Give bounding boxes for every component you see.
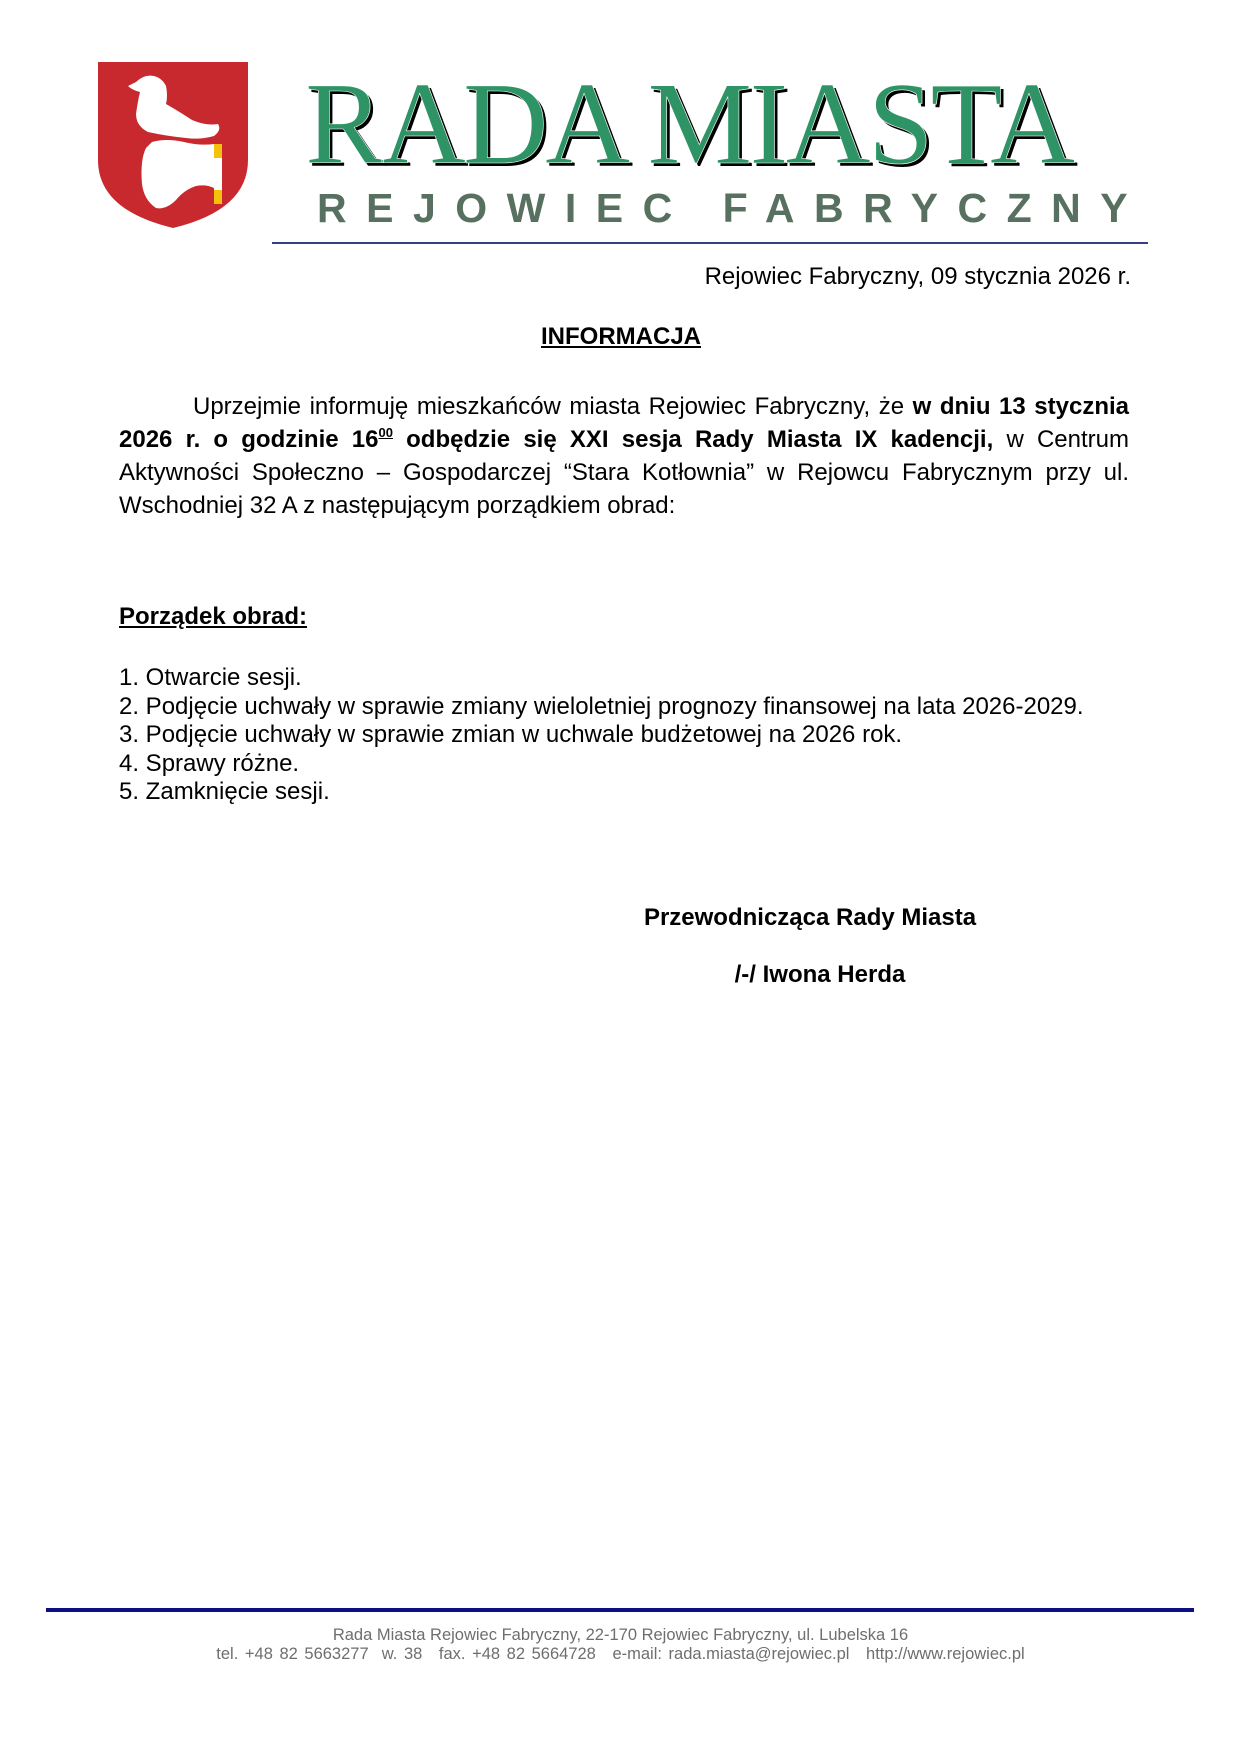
footer-divider bbox=[46, 1608, 1194, 1612]
paragraph-intro: Uprzejmie informuję mieszkańców miasta R… bbox=[193, 393, 913, 420]
footer-fax: fax. +48 82 5664728 bbox=[439, 1645, 596, 1663]
coat-of-arms-dove-icon bbox=[96, 60, 250, 230]
agenda-item: 4. Sprawy różne. bbox=[119, 750, 1084, 779]
signature-name: /-/ Iwona Herda bbox=[650, 960, 990, 990]
footer-email[interactable]: e-mail: rada.miasta@rejowiec.pl bbox=[612, 1645, 849, 1663]
header-divider bbox=[272, 242, 1148, 244]
town-subtitle: REJOWIEC FABRYCZNY bbox=[317, 185, 1147, 231]
footer-phone: tel. +48 82 5663277 w. 38 bbox=[216, 1645, 422, 1663]
signature-role: Przewodnicząca Rady Miasta bbox=[640, 903, 980, 933]
agenda-item: 5. Zamknięcie sesji. bbox=[119, 778, 1084, 807]
footer-website-link[interactable]: http://www.rejowiec.pl bbox=[866, 1645, 1025, 1663]
agenda-item: 2. Podjęcie uchwały w sprawie zmiany wie… bbox=[119, 693, 1084, 722]
agenda-item: 3. Podjęcie uchwały w sprawie zmian w uc… bbox=[119, 721, 1084, 750]
agenda-title: Porządek obrad: bbox=[119, 602, 307, 632]
council-title: RADA MIASTA bbox=[305, 64, 1105, 184]
agenda-item: 1. Otwarcie sesji. bbox=[119, 664, 1084, 693]
announcement-paragraph: Uprzejmie informuję mieszkańców miasta R… bbox=[119, 390, 1129, 522]
place-and-date: Rejowiec Fabryczny, 09 stycznia 2026 r. bbox=[705, 262, 1131, 292]
footer-address: Rada Miasta Rejowiec Fabryczny, 22-170 R… bbox=[0, 1626, 1241, 1645]
footer-contacts: tel. +48 82 5663277 w. 38 fax. +48 82 56… bbox=[0, 1645, 1241, 1664]
document-heading: INFORMACJA bbox=[0, 322, 1241, 352]
agenda-list: 1. Otwarcie sesji. 2. Podjęcie uchwały w… bbox=[119, 664, 1084, 807]
